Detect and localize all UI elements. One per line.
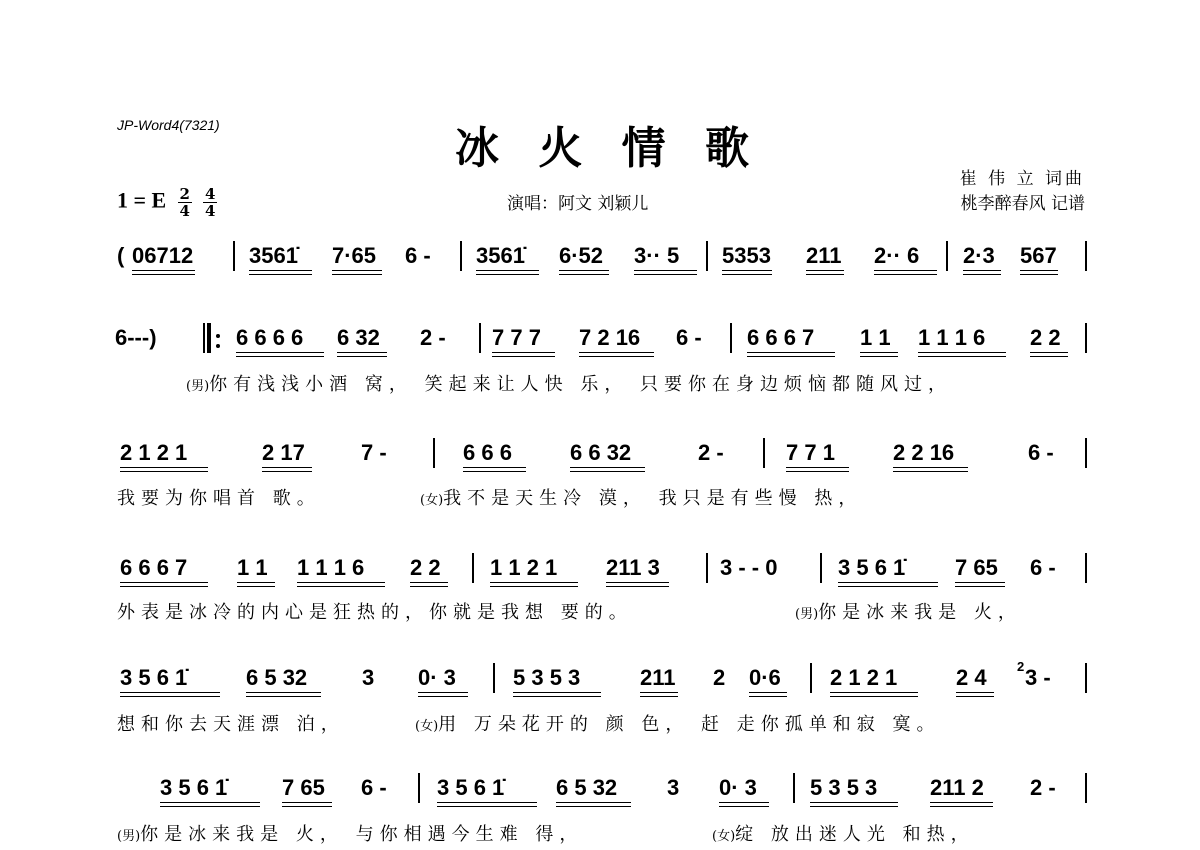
- lyric-line: (男)你是冰来我是 火，: [795, 598, 1022, 624]
- note-group: 6 -: [1028, 440, 1054, 466]
- beam-line: [249, 270, 312, 271]
- beam-line: [806, 270, 844, 271]
- key-signature: 1 = E 2 4 4 4: [117, 187, 217, 218]
- note-group: 567: [1020, 243, 1057, 269]
- beam-line: [918, 352, 1006, 353]
- beam-line: [749, 692, 787, 693]
- barline: [1085, 773, 1087, 803]
- beam-line: [955, 586, 1005, 587]
- beam-line: [490, 582, 578, 583]
- beam-line: [1030, 352, 1068, 353]
- beam-line: [634, 274, 697, 275]
- note-group: 6 6 6 7: [747, 325, 814, 351]
- note-group: 3: [667, 775, 679, 801]
- lyric-line: (男)你有浅浅小酒 窝， 笑起来让人快 乐， 只要你在身边烦恼都随风过，: [186, 370, 952, 396]
- barline: [479, 323, 481, 353]
- barline: [493, 663, 495, 693]
- beam-line: [810, 806, 898, 807]
- note-group: 3 5 6 1̇: [120, 665, 187, 691]
- beam-line: [956, 692, 994, 693]
- note-group: 3·· 5: [634, 243, 679, 269]
- note-group: 2·3: [963, 243, 995, 269]
- note-group: 0·6: [749, 665, 781, 691]
- time-sig-denominator: 4: [180, 202, 190, 220]
- beam-line: [490, 586, 578, 587]
- barline: [1085, 438, 1087, 468]
- lyric-line: 我要为你唱首 歌。: [117, 484, 321, 510]
- note-group: 6 5 32: [556, 775, 617, 801]
- barline: [1085, 323, 1087, 353]
- lyric-line: (男)你是冰来我是 火， 与你相遇今生难 得，: [117, 820, 583, 846]
- beam-line: [559, 270, 609, 271]
- beam-line: [337, 352, 387, 353]
- beam-line: [838, 582, 938, 583]
- beam-line: [579, 356, 654, 357]
- beam-line: [246, 696, 321, 697]
- beam-line: [749, 696, 787, 697]
- beam-line: [570, 471, 645, 472]
- beam-line: [719, 806, 769, 807]
- beam-line: [963, 274, 1001, 275]
- beam-line: [437, 802, 537, 803]
- voice-part-tag: (男): [795, 607, 818, 622]
- note-group: 6 -: [1030, 555, 1056, 581]
- beam-line: [249, 274, 312, 275]
- barline: [706, 553, 708, 583]
- beam-line: [237, 582, 275, 583]
- beam-line: [132, 270, 195, 271]
- barline: [706, 241, 708, 271]
- beam-line: [476, 274, 539, 275]
- beam-line: [120, 582, 208, 583]
- note-group: 0· 3: [418, 665, 456, 691]
- note-group: 3 - - 0: [720, 555, 777, 581]
- beam-line: [955, 582, 1005, 583]
- beam-line: [410, 586, 448, 587]
- beam-line: [262, 471, 312, 472]
- beam-line: [930, 802, 993, 803]
- note-group: 211 2: [930, 775, 984, 801]
- beam-line: [282, 806, 332, 807]
- beam-line: [160, 802, 260, 803]
- beam-line: [640, 696, 678, 697]
- note-group: 2·· 6: [874, 243, 919, 269]
- time-sig-numerator: 2: [180, 185, 190, 203]
- beam-line: [860, 352, 898, 353]
- note-group: 6---): [115, 325, 157, 351]
- beam-line: [956, 696, 994, 697]
- beam-line: [606, 582, 669, 583]
- barline: [810, 663, 812, 693]
- barline: [1085, 553, 1087, 583]
- note-group: 6 32: [337, 325, 380, 351]
- note-group: 2 -: [420, 325, 446, 351]
- note-group: 3561̇: [476, 243, 525, 269]
- time-signature-4-4: 4 4: [203, 187, 217, 218]
- beam-line: [918, 356, 1006, 357]
- beam-line: [719, 802, 769, 803]
- beam-line: [492, 352, 555, 353]
- beam-line: [236, 352, 324, 353]
- barline: [730, 323, 732, 353]
- beam-line: [1020, 274, 1058, 275]
- beam-line: [246, 692, 321, 693]
- beam-line: [120, 467, 208, 468]
- beam-line: [236, 356, 324, 357]
- credit-transcriber: 桃李醉春风 记谱: [961, 189, 1085, 214]
- beam-line: [492, 356, 555, 357]
- barline: [763, 438, 765, 468]
- note-group: 7 7 7: [492, 325, 541, 351]
- note-group: 2 2: [1030, 325, 1061, 351]
- beam-line: [786, 467, 849, 468]
- beam-line: [476, 270, 539, 271]
- voice-part-tag: (女): [712, 829, 735, 844]
- beam-line: [810, 802, 898, 803]
- note-group: 2 -: [698, 440, 724, 466]
- software-watermark: JP-Word4(7321): [117, 117, 220, 133]
- lyric-text: 你是冰来我是 火，: [818, 602, 1022, 623]
- beam-line: [120, 471, 208, 472]
- beam-line: [1030, 356, 1068, 357]
- beam-line: [806, 274, 844, 275]
- beam-line: [337, 356, 387, 357]
- note-group: 211: [640, 665, 676, 691]
- note-group: 5 3 5 3: [513, 665, 580, 691]
- note-group: 6 6 6 6: [236, 325, 303, 351]
- note-group: 6 6 32: [570, 440, 631, 466]
- note-group: 1 1: [237, 555, 268, 581]
- beam-line: [513, 692, 601, 693]
- beam-line: [830, 696, 918, 697]
- beam-line: [513, 696, 601, 697]
- beam-line: [418, 692, 468, 693]
- note-group: 3 5 6 1̇: [437, 775, 504, 801]
- grace-note: 2: [1017, 659, 1024, 674]
- barline: [793, 773, 795, 803]
- note-group: 1 1: [860, 325, 891, 351]
- barline: [460, 241, 462, 271]
- barline: [946, 241, 948, 271]
- voice-part-tag: (男): [117, 829, 140, 844]
- note-group: (: [117, 243, 124, 269]
- note-group: 3: [362, 665, 374, 691]
- beam-line: [930, 806, 993, 807]
- beam-line: [893, 471, 968, 472]
- note-group: 6 6 6: [463, 440, 512, 466]
- barline: [820, 553, 822, 583]
- beam-line: [579, 352, 654, 353]
- note-group: 1 1 1 6: [918, 325, 985, 351]
- note-group: 6 6 6 7: [120, 555, 187, 581]
- voice-part-tag: (女): [415, 719, 438, 734]
- note-group: 211: [806, 243, 842, 269]
- beam-line: [556, 806, 631, 807]
- time-signature-2-4: 2 4: [178, 187, 192, 218]
- credit-lyrics-music: 崔 伟 立 词曲: [960, 164, 1085, 189]
- beam-line: [120, 696, 220, 697]
- beam-line: [262, 467, 312, 468]
- barline: [418, 773, 420, 803]
- note-group: 2 2: [410, 555, 441, 581]
- beam-line: [120, 692, 220, 693]
- barline: [1085, 663, 1087, 693]
- note-group: 2 4: [956, 665, 987, 691]
- beam-line: [722, 270, 772, 271]
- repeat-start-thick: [207, 323, 211, 353]
- note-group: 6 -: [361, 775, 387, 801]
- note-group: 6·52: [559, 243, 603, 269]
- repeat-start-thin: [203, 323, 205, 353]
- note-group: 2: [713, 665, 725, 691]
- note-group: 06712: [132, 243, 193, 269]
- beam-line: [860, 356, 898, 357]
- note-group: 5 3 5 3: [810, 775, 877, 801]
- beam-line: [747, 352, 835, 353]
- beam-line: [1020, 270, 1058, 271]
- beam-line: [606, 586, 669, 587]
- beam-line: [410, 582, 448, 583]
- beam-line: [838, 586, 938, 587]
- lyric-line: 想和你去天涯漂 泊，: [117, 710, 345, 736]
- barline: [1085, 241, 1087, 271]
- lyric-line: (女)我不是天生冷 漠， 我只是有些慢 热，: [420, 484, 862, 510]
- note-group: 7 65: [282, 775, 325, 801]
- note-group: 7 7 1: [786, 440, 835, 466]
- note-group: 7·65: [332, 243, 376, 269]
- beam-line: [160, 806, 260, 807]
- beam-line: [132, 274, 195, 275]
- note-group: 7 -: [361, 440, 387, 466]
- lyric-text: 用 万朵花开的 颜 色， 赶 走你孤单和寂 寞。: [438, 714, 940, 735]
- note-group: 0· 3: [719, 775, 757, 801]
- barline: [472, 553, 474, 583]
- beam-line: [747, 356, 835, 357]
- note-group: 3 5 6 1̇: [160, 775, 227, 801]
- note-group: 6 -: [676, 325, 702, 351]
- key-label: 1 = E: [117, 188, 166, 213]
- beam-line: [893, 467, 968, 468]
- beam-line: [640, 692, 678, 693]
- beam-line: [722, 274, 772, 275]
- repeat-dot: [216, 344, 220, 348]
- song-title: 冰 火 情 歌: [455, 112, 761, 176]
- beam-line: [437, 806, 537, 807]
- voice-part-tag: (女): [420, 493, 443, 508]
- note-group: 3561̇: [249, 243, 298, 269]
- lyric-text: 绽 放出迷人光 和热，: [735, 824, 974, 845]
- lyric-text: 想和你去天涯漂 泊，: [117, 714, 345, 735]
- beam-line: [418, 696, 468, 697]
- barline: [433, 438, 435, 468]
- beam-line: [559, 274, 609, 275]
- lyric-text: 我不是天生冷 漠， 我只是有些慢 热，: [443, 488, 862, 509]
- beam-line: [786, 471, 849, 472]
- note-group: 5353: [722, 243, 771, 269]
- note-group: 2 1 2 1: [120, 440, 187, 466]
- note-group: 211 3: [606, 555, 660, 581]
- time-sig-denominator: 4: [205, 202, 215, 220]
- lyric-text: 你有浅浅小酒 窝， 笑起来让人快 乐， 只要你在身边烦恼都随风过，: [209, 374, 952, 395]
- beam-line: [297, 586, 385, 587]
- singers: 演唱：阿文 刘颖儿: [507, 189, 648, 214]
- beam-line: [332, 274, 382, 275]
- note-group: 7 2 16: [579, 325, 640, 351]
- note-group: 1 1 2 1: [490, 555, 557, 581]
- note-group: 6 5 32: [246, 665, 307, 691]
- lyric-line: (女)绽 放出迷人光 和热，: [712, 820, 975, 846]
- note-group: 1 1 1 6: [297, 555, 364, 581]
- lyric-line: (女)用 万朵花开的 颜 色， 赶 走你孤单和寂 寞。: [415, 710, 940, 736]
- lyric-text: 你是冰来我是 火， 与你相遇今生难 得，: [140, 824, 583, 845]
- beam-line: [297, 582, 385, 583]
- repeat-dot: [216, 334, 220, 338]
- note-group: 2 2 16: [893, 440, 954, 466]
- note-group: 2 -: [1030, 775, 1056, 801]
- note-group: 6 -: [405, 243, 431, 269]
- beam-line: [120, 586, 208, 587]
- time-sig-numerator: 4: [205, 185, 215, 203]
- voice-part-tag: (男): [186, 379, 209, 394]
- lyric-text: 我要为你唱首 歌。: [117, 488, 321, 509]
- beam-line: [556, 802, 631, 803]
- beam-line: [237, 586, 275, 587]
- beam-line: [963, 270, 1001, 271]
- note-group: 7 65: [955, 555, 998, 581]
- note-group: 2 1 2 1: [830, 665, 897, 691]
- lyric-text: 外表是冰冷的内心是狂热的，你就是我想 要的。: [117, 602, 633, 623]
- beam-line: [463, 471, 526, 472]
- beam-line: [332, 270, 382, 271]
- beam-line: [830, 692, 918, 693]
- beam-line: [282, 802, 332, 803]
- note-group: 3 5 6 1̇: [838, 555, 905, 581]
- beam-line: [874, 274, 937, 275]
- lyric-line: 外表是冰冷的内心是狂热的，你就是我想 要的。: [117, 598, 633, 624]
- beam-line: [570, 467, 645, 468]
- barline: [233, 241, 235, 271]
- note-group: 3 -: [1025, 665, 1051, 691]
- beam-line: [874, 270, 937, 271]
- beam-line: [634, 270, 697, 271]
- note-group: 2 17: [262, 440, 305, 466]
- beam-line: [463, 467, 526, 468]
